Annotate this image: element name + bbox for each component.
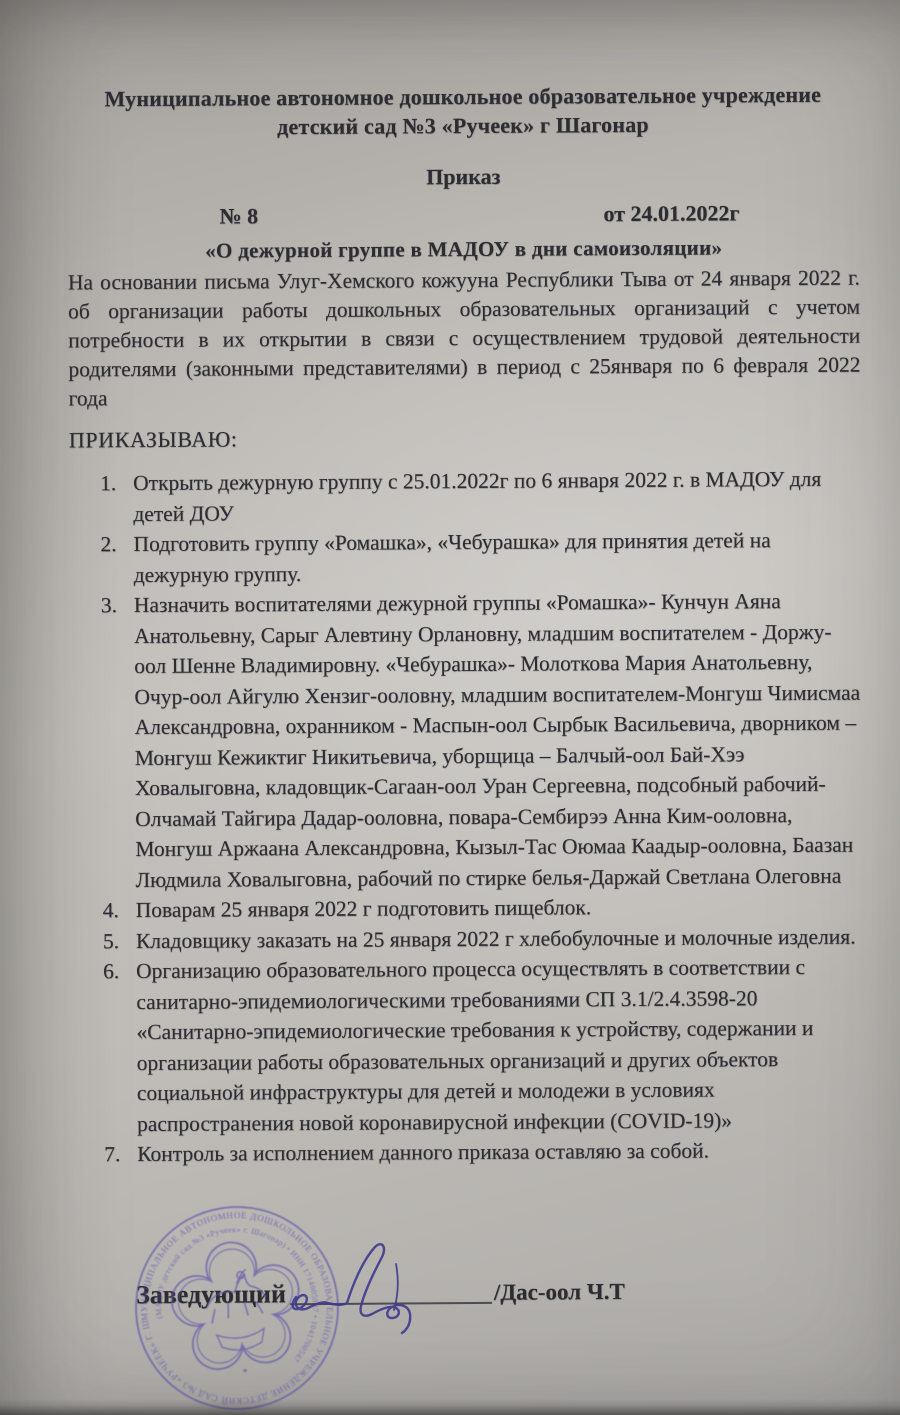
- document-number: № 8: [219, 201, 258, 230]
- number-date-row: № 8 от 24.01.2022г: [67, 198, 859, 232]
- order-item-5: 5. Кладовщику заказать на 25 января 2022…: [103, 921, 864, 956]
- document-title: «О дежурной группе в МАДОУ в дни самоизо…: [68, 233, 860, 267]
- item-number: 1.: [100, 468, 133, 529]
- org-name-line1: Муниципальное автономное дошкольное обра…: [67, 80, 859, 114]
- item-number: 5.: [103, 926, 136, 957]
- document-type: Приказ: [67, 160, 859, 194]
- item-text: Поварам 25 января 2022 г подготовить пищ…: [136, 891, 864, 926]
- item-text: Кладовщику заказать на 25 января 2022 г …: [136, 921, 864, 956]
- item-text: Открыть дежурную группу с 25.01.2022г по…: [133, 464, 861, 529]
- item-number: 2.: [100, 529, 133, 590]
- order-item-6: 6. Организацию образовательного процесса…: [103, 952, 865, 1140]
- document-body: Муниципальное автономное дошкольное обра…: [67, 80, 866, 1170]
- signer-role: Заведующий: [136, 1279, 286, 1310]
- item-text: Подготовить группу «Ромашка», «Чебурашка…: [133, 525, 861, 590]
- signature-line: [290, 1282, 492, 1305]
- item-number: 4.: [103, 895, 136, 926]
- item-text: Контроль за исполнением данного приказа …: [137, 1135, 865, 1170]
- order-item-4: 4. Поварам 25 января 2022 г подготовить …: [103, 891, 864, 926]
- signer-name: /Дас-оол Ч.Т: [494, 1279, 625, 1306]
- document-date: от 24.01.2022г: [603, 198, 739, 228]
- item-number: 3.: [101, 590, 136, 895]
- org-name-line2: детский сад №3 «Ручеек» г Шагонар: [67, 109, 859, 143]
- resolution-word: ПРИКАЗЫВАЮ:: [69, 421, 861, 456]
- item-number: 7.: [104, 1139, 137, 1170]
- order-item-3: 3. Назначить воспитателями дежурной груп…: [101, 586, 864, 896]
- preamble-paragraph: На основании письма Улуг-Хемского кожуун…: [68, 264, 861, 414]
- order-item-1: 1. Открыть дежурную группу с 25.01.2022г…: [100, 464, 861, 530]
- item-number: 6.: [103, 956, 137, 1139]
- item-text: Назначить воспитателями дежурной группы …: [134, 586, 864, 895]
- stamp-star-glyph: ✦: [241, 1366, 249, 1376]
- photographed-document: Муниципальное автономное дошкольное обра…: [0, 0, 900, 1415]
- order-item-7: 7. Контроль за исполнением данного прика…: [104, 1135, 865, 1170]
- signature-row: Заведующий /Дас-оол Ч.Т: [70, 1275, 862, 1311]
- order-items-list: 1. Открыть дежурную группу с 25.01.2022г…: [69, 464, 865, 1170]
- item-text: Организацию образовательного процесса ос…: [136, 952, 865, 1139]
- order-item-2: 2. Подготовить группу «Ромашка», «Чебура…: [100, 525, 861, 591]
